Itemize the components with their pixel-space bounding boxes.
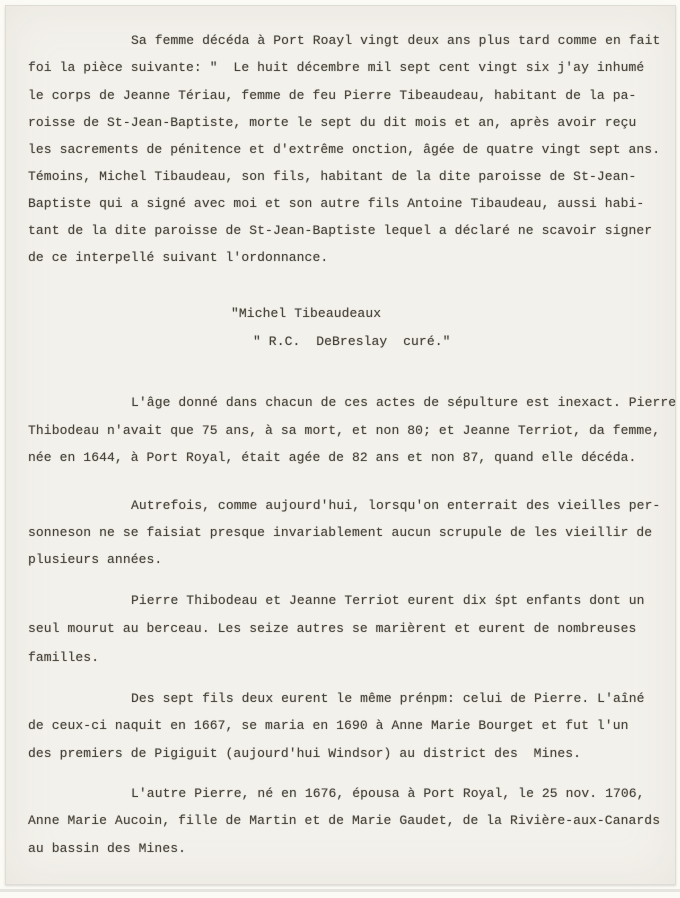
- text-line-22: de ceux-ci naquit en 1667, se maria en 1…: [28, 717, 629, 735]
- paper-sheet: Sa femme décéda à Port Roayl vingt deux …: [5, 5, 676, 885]
- text-line-6: Témoins, Michel Tibaudeau, son fils, hab…: [28, 168, 636, 186]
- text-line-20: familles.: [28, 649, 99, 667]
- text-line-11: " R.C. DeBreslay curé.": [253, 333, 451, 351]
- text-line-7: Baptiste qui a signé avec moi et son aut…: [28, 195, 644, 213]
- text-line-16: sonneson ne se faisiat presque invariabl…: [28, 524, 652, 542]
- text-line-24: L'autre Pierre, né en 1676, épousa à Por…: [131, 785, 645, 803]
- text-line-3: le corps de Jeanne Tériau, femme de feu …: [28, 87, 636, 105]
- text-line-21: Des sept fils deux eurent le même prénpm…: [131, 690, 645, 708]
- text-line-5: les sacrements de pénitence et d'extrême…: [28, 141, 660, 159]
- text-line-10: "Michel Tibeaudeaux: [231, 305, 381, 323]
- text-line-9: de ce interpellé suivant l'ordonnance.: [28, 249, 328, 267]
- text-line-12: L'âge donné dans chacun de ces actes de …: [131, 394, 676, 412]
- text-line-18: Pierre Thibodeau et Jeanne Terriot euren…: [131, 592, 645, 610]
- text-line-25: Anne Marie Aucoin, fille de Martin et de…: [28, 812, 660, 830]
- text-line-14: née en 1644, à Port Royal, était agée de…: [28, 449, 636, 467]
- text-line-26: au bassin des Mines.: [28, 840, 186, 858]
- scanned-page: Sa femme décéda à Port Roayl vingt deux …: [0, 0, 680, 898]
- text-line-19: seul mourut au berceau. Les seize autres…: [28, 620, 636, 638]
- text-line-8: tant de la dite paroisse de St-Jean-Bapt…: [28, 222, 652, 240]
- text-line-23: des premiers de Pigiguit (aujourd'hui Wi…: [28, 745, 581, 763]
- text-line-2: foi la pièce suivante: " Le huit décembr…: [28, 59, 644, 77]
- text-line-4: roisse de St-Jean-Baptiste, morte le sep…: [28, 114, 636, 132]
- document-text-layer: Sa femme décéda à Port Roayl vingt deux …: [6, 6, 675, 884]
- scan-bottom-edge: [0, 889, 680, 892]
- text-line-13: Thibodeau n'avait que 75 ans, à sa mort,…: [28, 422, 660, 440]
- text-line-15: Autrefois, comme aujourd'hui, lorsqu'on …: [131, 497, 660, 515]
- text-line-1: Sa femme décéda à Port Roayl vingt deux …: [131, 32, 660, 50]
- text-line-17: plusieurs années.: [28, 551, 162, 569]
